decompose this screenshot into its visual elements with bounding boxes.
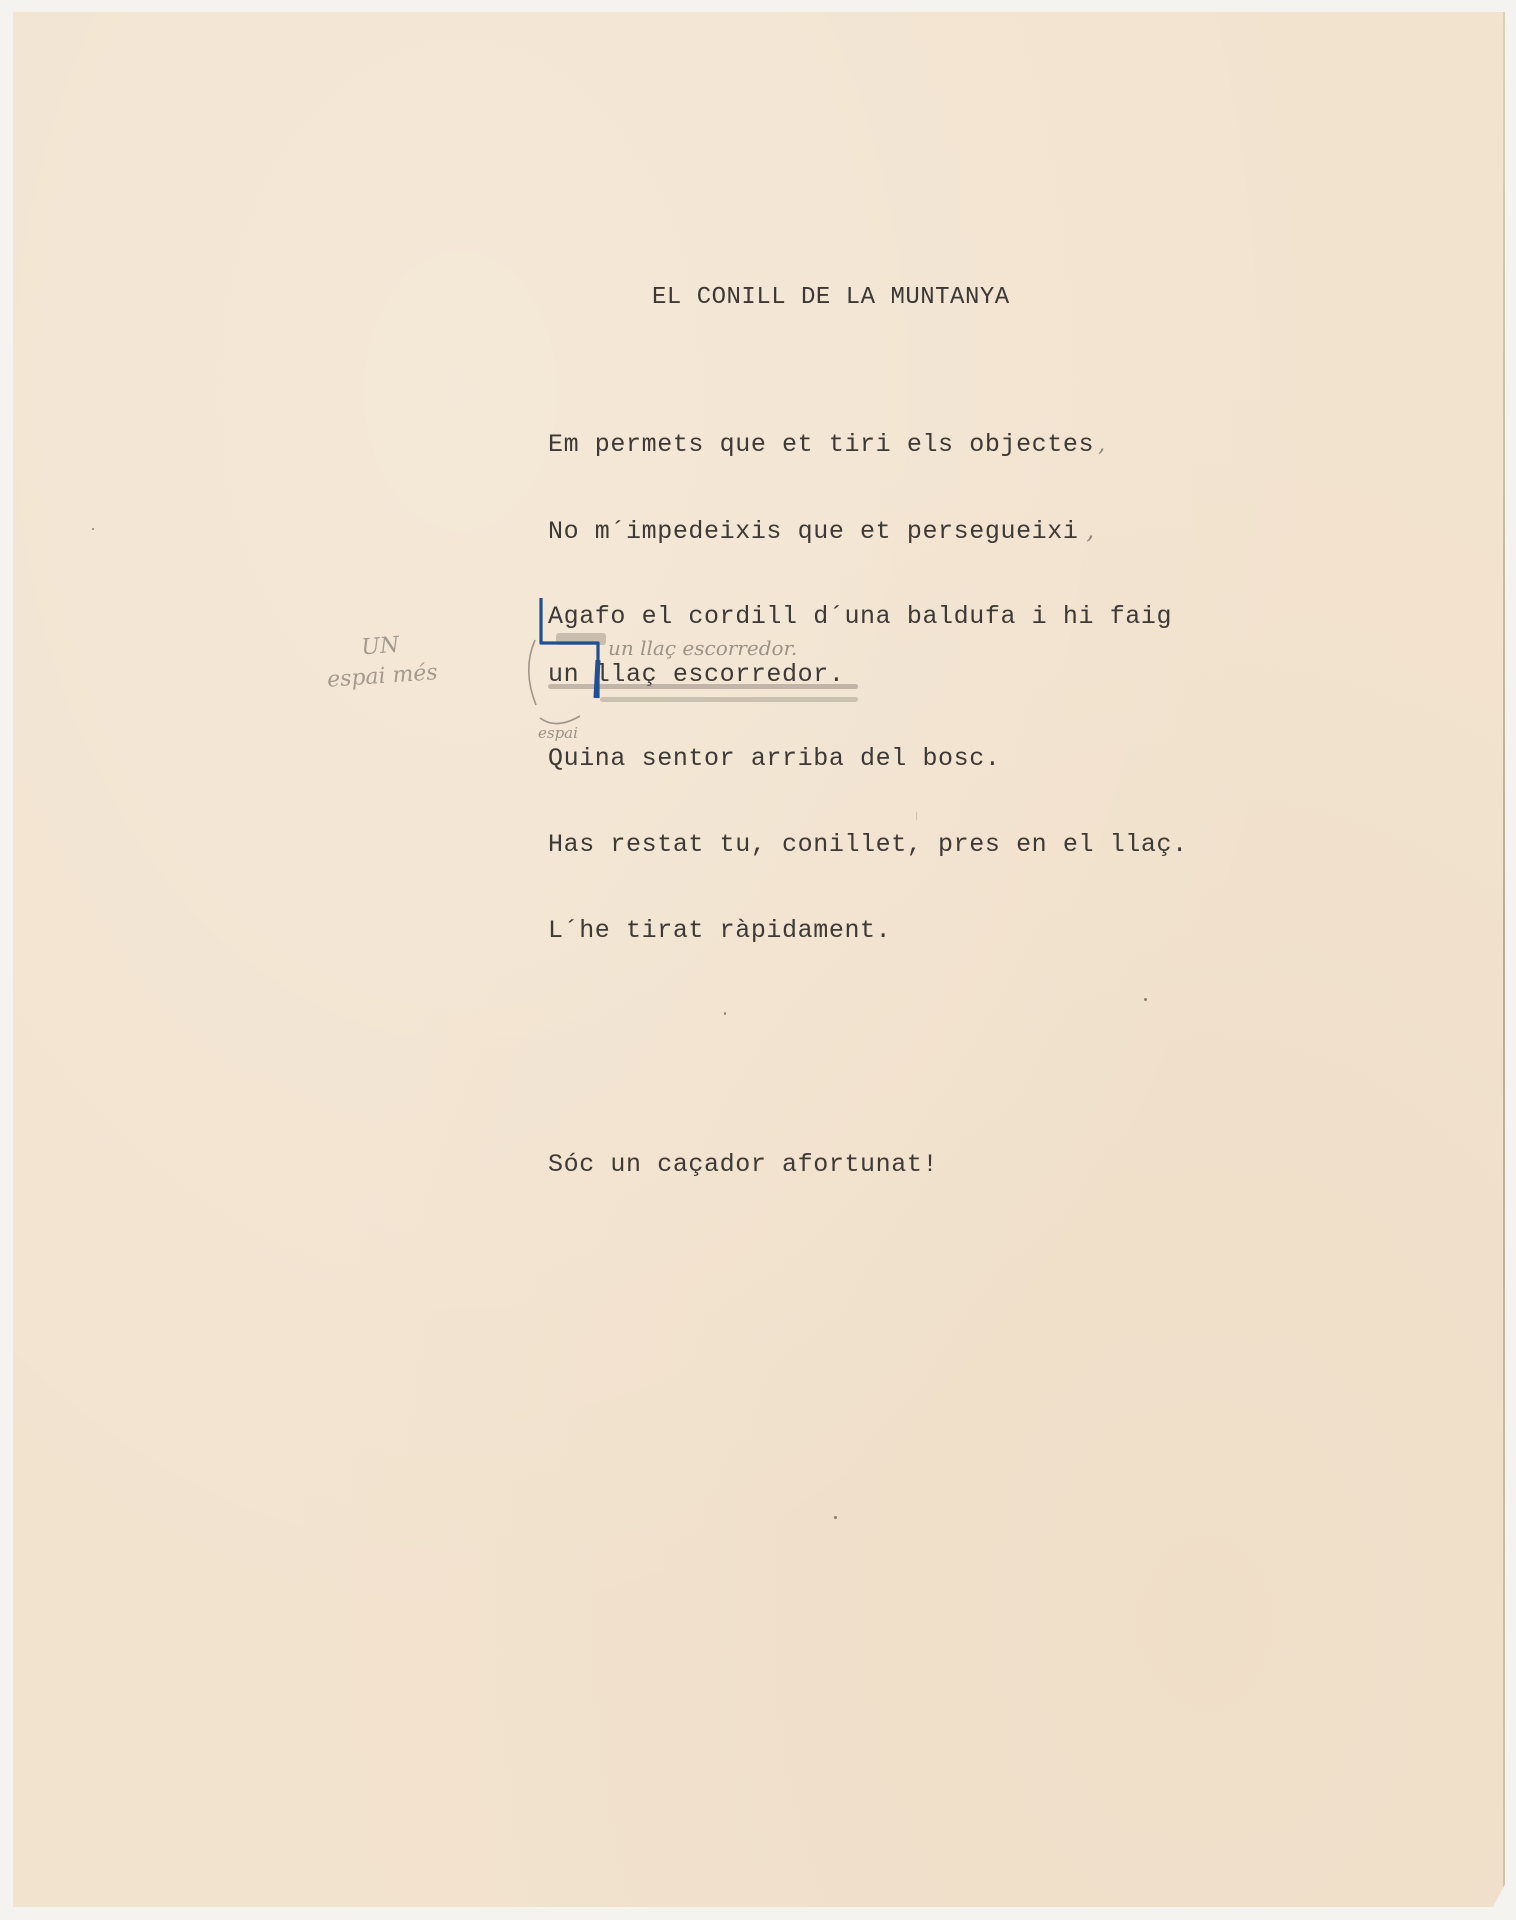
paper-speck bbox=[1144, 998, 1147, 1001]
annotation-marks bbox=[0, 0, 1516, 1920]
blue-insert-bracket bbox=[541, 598, 598, 698]
paper-speck bbox=[92, 528, 94, 530]
paper-speck bbox=[916, 812, 917, 820]
paper-speck bbox=[834, 1516, 837, 1519]
pencil-curve-mark bbox=[540, 716, 580, 724]
pencil-paren-mark bbox=[529, 640, 536, 705]
paper-speck bbox=[724, 1012, 726, 1015]
blue-insert-bracket-stem bbox=[596, 660, 598, 698]
